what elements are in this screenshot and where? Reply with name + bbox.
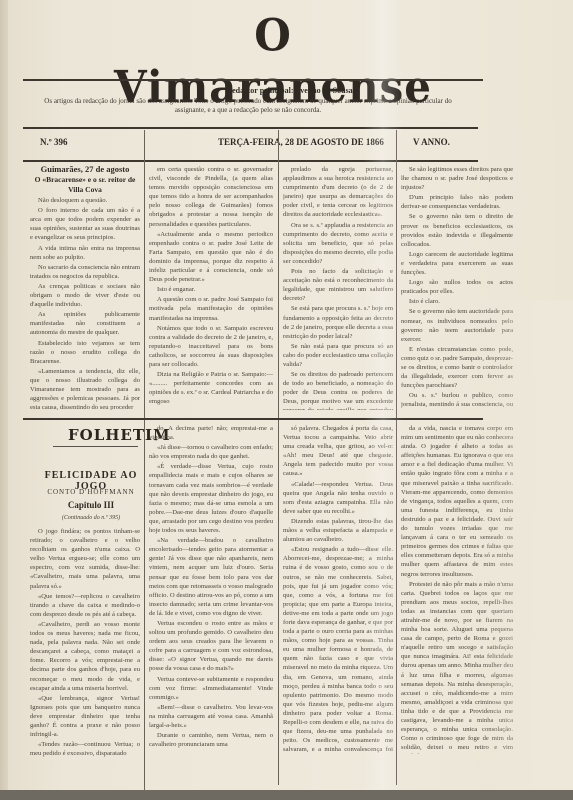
paragraph: Estabelecido isto vejamos se tem razão o… bbox=[30, 339, 140, 366]
folhetim-underline bbox=[53, 446, 138, 447]
paragraph: «Na verdade—bradou o cavalheiro encoleri… bbox=[149, 536, 273, 618]
folhetim-rule bbox=[23, 418, 483, 420]
paragraph: Vertua escondeu o rosto entre as mãos e … bbox=[149, 619, 273, 674]
article-column-1: Guimarães, 27 de agosto O «Bracarense» e… bbox=[30, 165, 140, 410]
paragraph: Vertua conteve-se subitamente e responde… bbox=[149, 675, 273, 702]
paragraph: «Cavalheiro, perdi ao vosso monte todos … bbox=[30, 620, 140, 693]
issue-number: N.º 396 bbox=[40, 137, 67, 147]
paragraph: «Estou resignado a tudo—disse elle. Abor… bbox=[283, 545, 393, 754]
folhetim-subtitle: CONTO D'HOFFMANN bbox=[36, 488, 146, 496]
article-dateline: Guimarães, 27 de agosto bbox=[30, 165, 140, 174]
paragraph: da a vida, nascia e tomava corpo em mim … bbox=[401, 424, 513, 579]
paragraph: Ou s. s.ª burlou o publico, como jornali… bbox=[401, 391, 513, 410]
paragraph: prelado da egreja portuense, applaudimos… bbox=[283, 165, 393, 220]
paragraph: «Calada!—respondeu Vertua. Deus queira q… bbox=[283, 480, 393, 516]
paragraph: Se não está para que procura só ao cabo … bbox=[283, 342, 393, 369]
issue-year: V ANNO. bbox=[413, 137, 450, 147]
paragraph: As opiniões publicamente manifestadas nã… bbox=[30, 310, 140, 337]
paragraph: «Tendes razão—continuou Vertua; o meu pe… bbox=[30, 740, 140, 758]
paragraph: No sacrario da consciencia não entram tr… bbox=[30, 263, 140, 281]
paragraph: O jogo findára; os pontos tinham-se reti… bbox=[30, 527, 140, 591]
paragraph: «É verdade—disse Vertua, cujo rosto empa… bbox=[149, 462, 273, 535]
paragraph: «Actualmente anda o mesmo periodico empe… bbox=[149, 230, 273, 285]
header-rule bbox=[23, 127, 478, 129]
paragraph: Se os direitos do padroado pertencem de … bbox=[283, 370, 393, 410]
folhetim-column-1: O jogo findára; os pontos tinham-se reti… bbox=[30, 527, 140, 782]
article-column-4: Se são legitimos esses direitos para que… bbox=[401, 165, 513, 410]
folhetim-chapter: Capitulo III bbox=[36, 500, 146, 510]
left-page-edge bbox=[0, 0, 8, 800]
paragraph: Se são legitimos esses direitos para que… bbox=[401, 165, 513, 192]
paragraph: Dizia na Religião e Patria o sr. Sampaio… bbox=[149, 370, 273, 406]
column-divider bbox=[144, 130, 145, 790]
paragraph: Pois no facto da solicitação e acceitaçã… bbox=[283, 267, 393, 303]
paragraph: Protestei de não pôr mais a mão n'uma ca… bbox=[401, 580, 513, 754]
issue-date: TERÇA-FEIRA, 28 DE AGOSTO DE 1866 bbox=[218, 137, 384, 147]
paragraph: Logo são nullos todos os actos praticado… bbox=[401, 278, 513, 296]
paragraph: O foro interno de cada um não é a arca e… bbox=[30, 206, 140, 242]
paragraph: Se o governo não tem o direito de prover… bbox=[401, 212, 513, 248]
paragraph: «Que lembrança, signor Vertua! Ignoraes … bbox=[30, 694, 140, 739]
paragraph: Durante o caminho, nem Vertua, nem o cav… bbox=[149, 731, 273, 749]
paragraph: Não desloquem a questão. bbox=[30, 196, 140, 205]
paragraph: Isto é enganar. bbox=[149, 285, 273, 294]
folhetim-column-2: do. A decima parte! não; emprestai-me a … bbox=[149, 424, 273, 759]
column-divider bbox=[396, 130, 397, 785]
paragraph: Isto é claro. bbox=[401, 297, 513, 306]
article-headline: O «Bracarense» e o sr. reitor de Villa C… bbox=[30, 175, 140, 195]
column-divider bbox=[278, 130, 279, 785]
redactor-line: Redactor principal: Avelino de Sousa. bbox=[8, 86, 573, 95]
folhetim-column-3: só palavra. Chegados á porta da casa, Ve… bbox=[283, 424, 393, 754]
paragraph: «Já disse—tornou o cavalheiro com enfado… bbox=[149, 443, 273, 461]
paragraph: A questão com o sr. padre José Sampaio f… bbox=[149, 295, 273, 322]
paragraph: do. A decima parte! não; emprestai-me a … bbox=[149, 424, 273, 442]
paragraph: Logo carecem de auctoridade legitima e v… bbox=[401, 250, 513, 277]
article-column-2: em certa questão contra o sr. governador… bbox=[149, 165, 273, 410]
paragraph: «Bem!—disse o cavalheiro. Vou levar-vos … bbox=[149, 703, 273, 730]
folhetim-column-4: da a vida, nascia e tomava corpo em mim … bbox=[401, 424, 513, 754]
newspaper-page: O Vimaranense Redactor principal: Avelin… bbox=[8, 0, 573, 790]
masthead-rule bbox=[23, 79, 483, 81]
paragraph: A vida intima não entra na imprensa nem … bbox=[30, 244, 140, 262]
paragraph: D'um principio falso não podem derivar-s… bbox=[401, 193, 513, 211]
editorial-notice: Os artigos da redacção do jornal são dos… bbox=[28, 97, 468, 115]
paragraph: Ora se s. s.ª applaudia a resistencia ao… bbox=[283, 221, 393, 266]
paragraph: só palavra. Chegados á porta da casa, Ve… bbox=[283, 424, 393, 479]
paragraph: «Que temos?—replicou o cavalheiro tirand… bbox=[30, 592, 140, 619]
paragraph: Notámos que todo o sr. Sampaio escreveu … bbox=[149, 324, 273, 369]
scan-bottom-edge bbox=[0, 790, 573, 800]
dateline-rule bbox=[23, 160, 478, 162]
article-column-3: prelado da egreja portuense, applaudimos… bbox=[283, 165, 393, 410]
paragraph: «Lamentamos a tendencia, diz elle, que o… bbox=[30, 367, 140, 410]
folhetim-continuation-note: (Continuado do n.º 395) bbox=[36, 515, 146, 521]
paragraph: Se está para que procura s. s.ª hoje em … bbox=[283, 304, 393, 340]
paragraph: em certa questão contra o sr. governador… bbox=[149, 165, 273, 229]
paragraph: As crenças politicas e sociaes não obrig… bbox=[30, 282, 140, 309]
paragraph: E n'estas circumstancias como pode, como… bbox=[401, 345, 513, 390]
paragraph: Se o governo não tem auctoridade para no… bbox=[401, 307, 513, 343]
paragraph: Dizendo estas palavras, tirou-lhe das mã… bbox=[283, 517, 393, 544]
